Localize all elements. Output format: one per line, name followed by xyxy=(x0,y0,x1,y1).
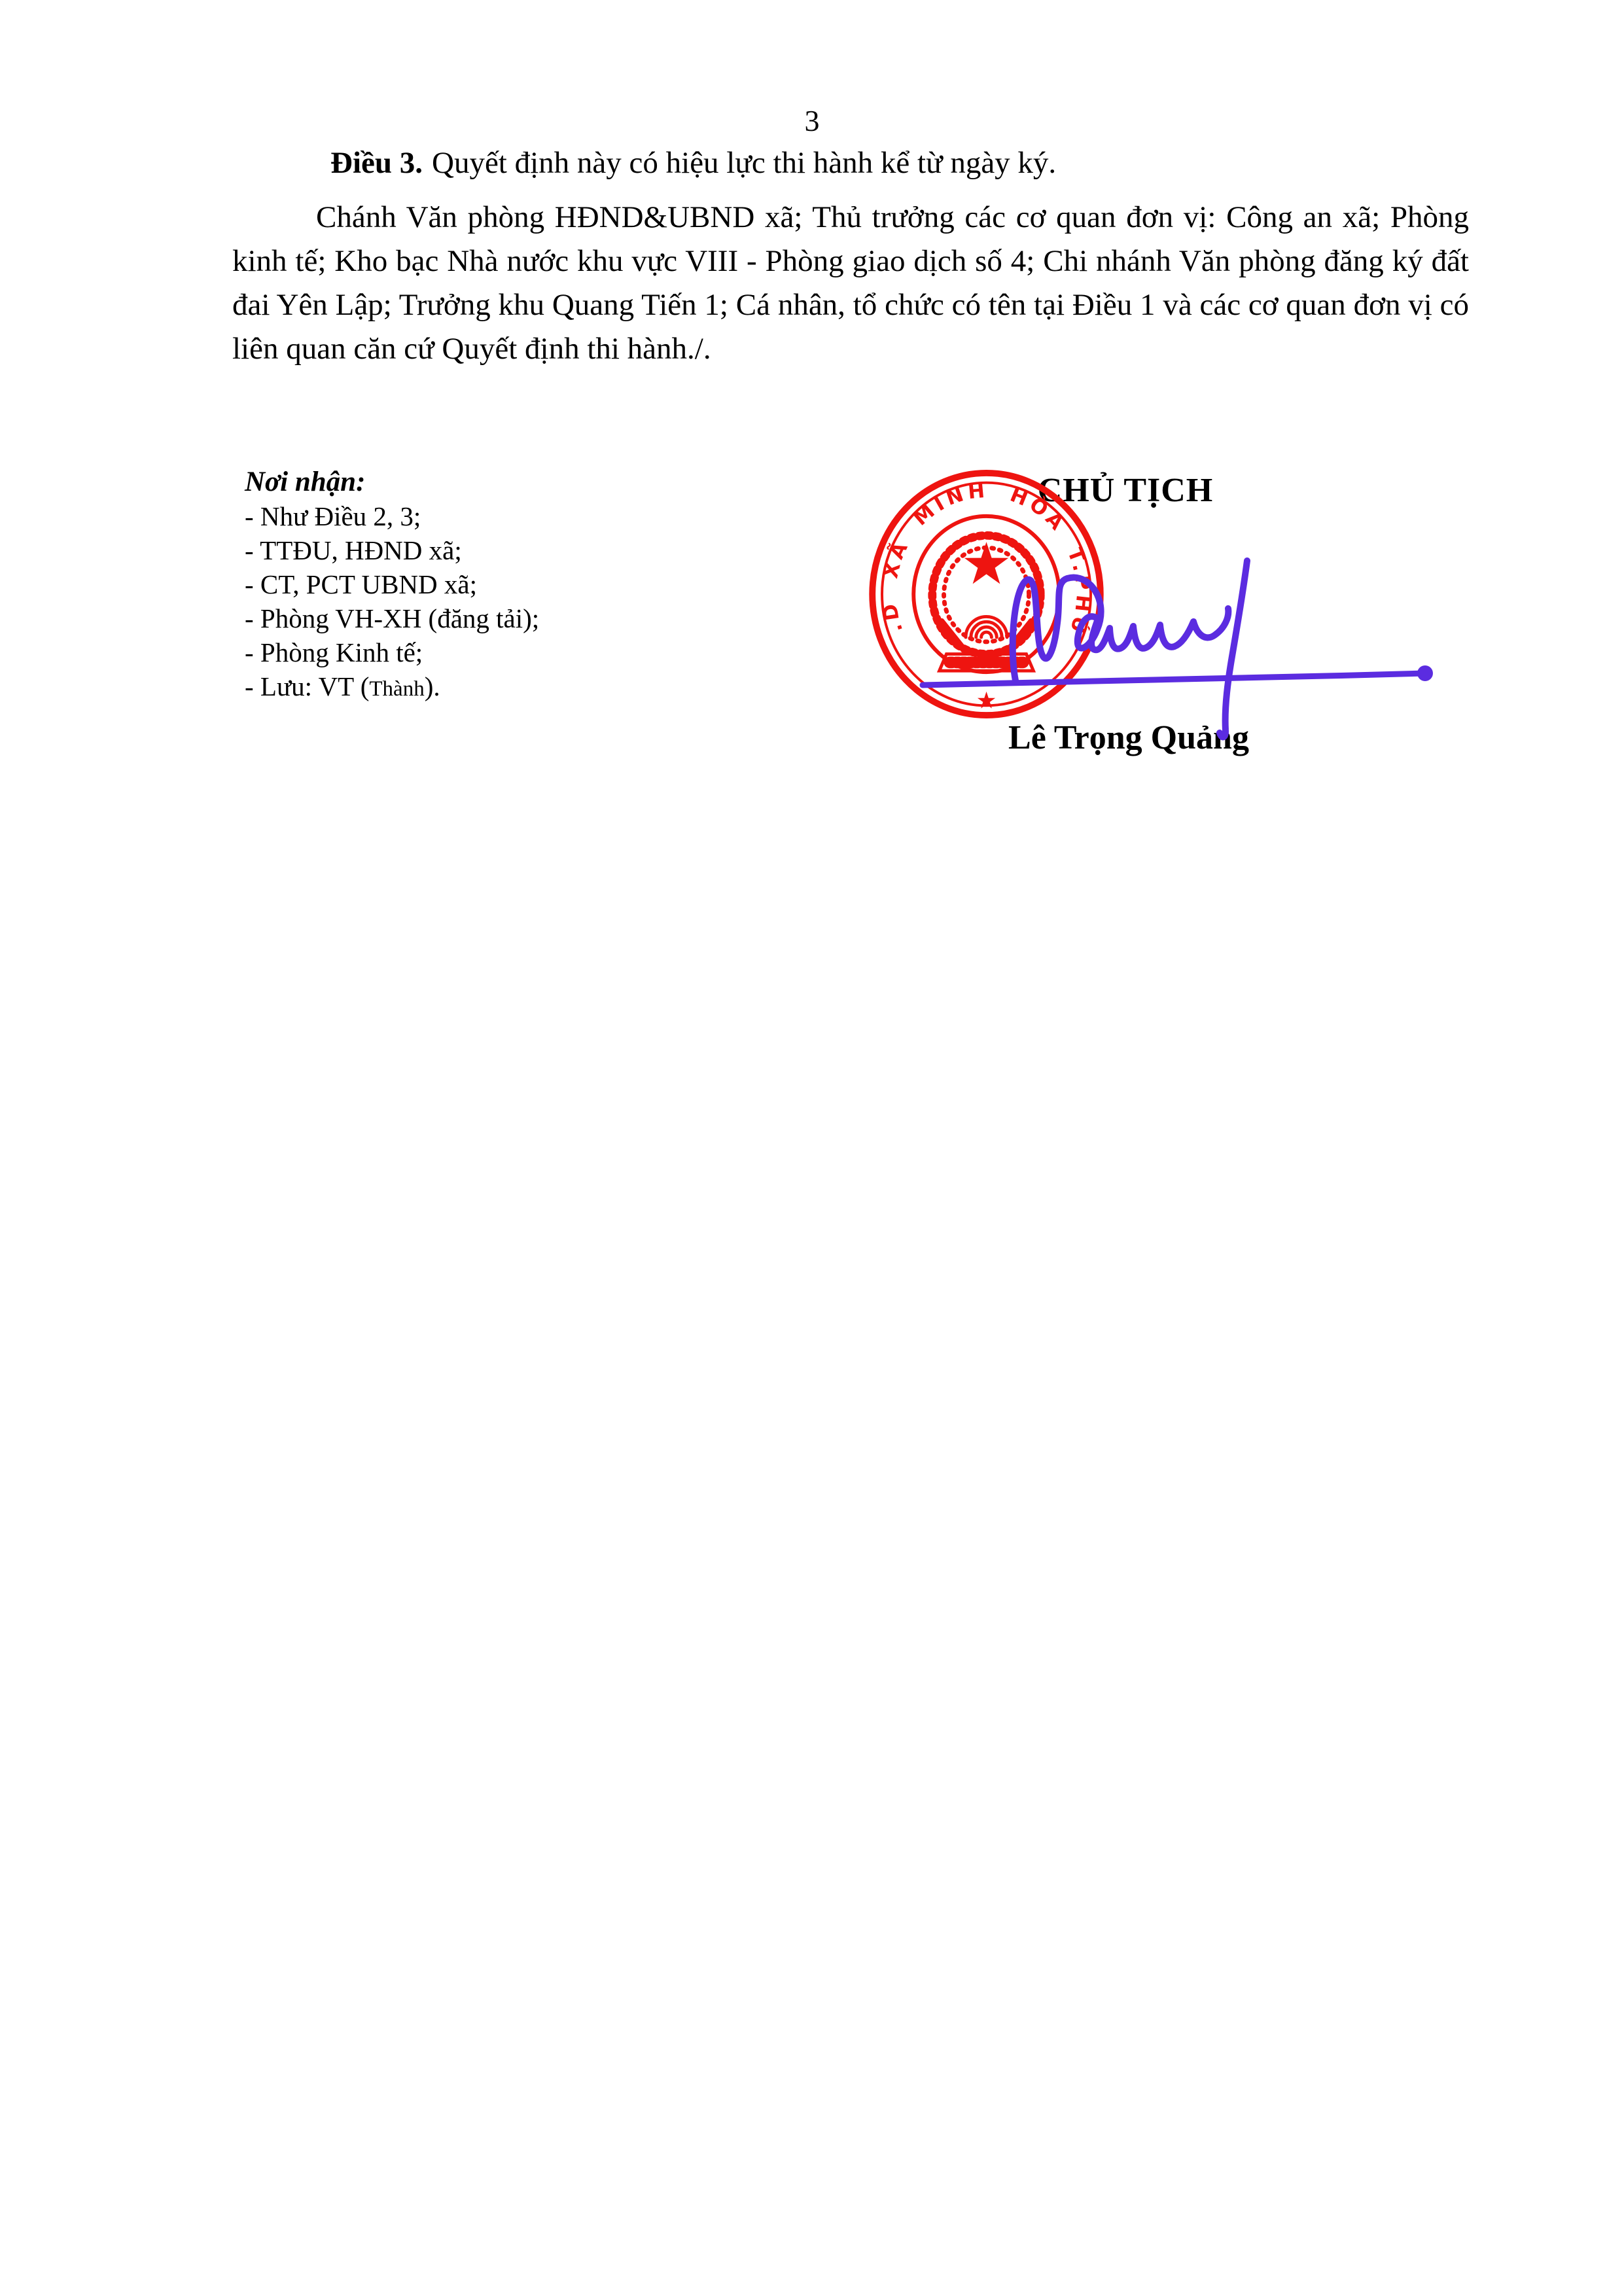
recipient-item: - Phòng VH-XH (đăng tải); xyxy=(245,601,539,635)
recipient-item: - Phòng Kinh tế; xyxy=(245,635,539,669)
recipient-item-archive: - Lưu: VT (Thành). xyxy=(245,669,539,706)
archive-clerk-name: Thành xyxy=(369,677,424,701)
implementation-paragraph: Chánh Văn phòng HĐND&UBND xã; Thủ trưởng… xyxy=(232,196,1469,371)
article-3-paragraph: Điều 3.Quyết định này có hiệu lực thi hà… xyxy=(232,148,1469,179)
article-3-text: Quyết định này có hiệu lực thi hành kể t… xyxy=(432,146,1056,180)
signature-underline xyxy=(923,673,1425,685)
signature-underline-end-dot xyxy=(1417,665,1433,681)
signature-tail xyxy=(1220,561,1247,737)
archive-suffix: ). xyxy=(425,671,440,701)
article-3-label: Điều 3. xyxy=(330,146,423,180)
document-page: 3 Điều 3.Quyết định này có hiệu lực thi … xyxy=(0,0,1624,2296)
recipients-heading: Nơi nhận: xyxy=(245,465,539,499)
recipients-block: Nơi nhận: - Như Điều 2, 3; - TTĐU, HĐND … xyxy=(245,465,539,706)
recipient-item: - Như Điều 2, 3; xyxy=(245,499,539,533)
signature-ink xyxy=(916,550,1446,772)
signature-scribble xyxy=(1013,578,1229,680)
recipient-item: - CT, PCT UBND xã; xyxy=(245,567,539,601)
signature-strokes xyxy=(923,561,1433,737)
recipient-item: - TTĐU, HĐND xã; xyxy=(245,533,539,567)
archive-prefix: - Lưu: VT ( xyxy=(245,671,369,701)
page-number: 3 xyxy=(0,106,1624,136)
